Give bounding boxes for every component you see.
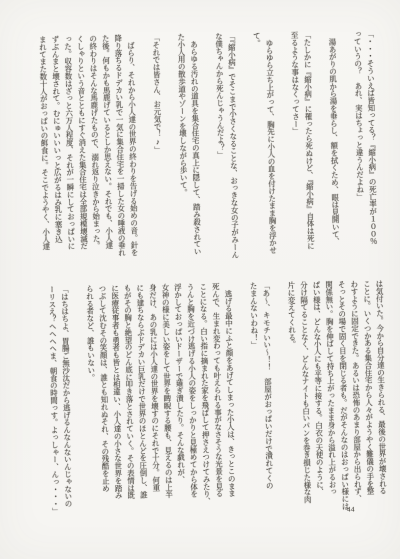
text-block-top: 「・・・そういえば皆知ってる？『縮小病』の死亡率が１００％っていうの？ あれ、実…: [36, 30, 380, 268]
text-column: 「・・・そういえば皆知ってる？『縮小病』の死亡率が１００％: [363, 30, 380, 262]
page-number: 44: [347, 505, 355, 513]
scanned-book-page: 「・・・そういえば皆知ってる？『縮小病』の死亡率が１００％っていうの？ あれ、実…: [0, 0, 400, 559]
text-block-bottom: は気付いた。今から自分達の生きられる、最後の世界が壊されることに。いくつかある集…: [45, 280, 389, 506]
scan-skew-layer: 「・・・そういえば皆知ってる？『縮小病』の死亡率が１００％っていうの？ あれ、実…: [0, 0, 400, 559]
